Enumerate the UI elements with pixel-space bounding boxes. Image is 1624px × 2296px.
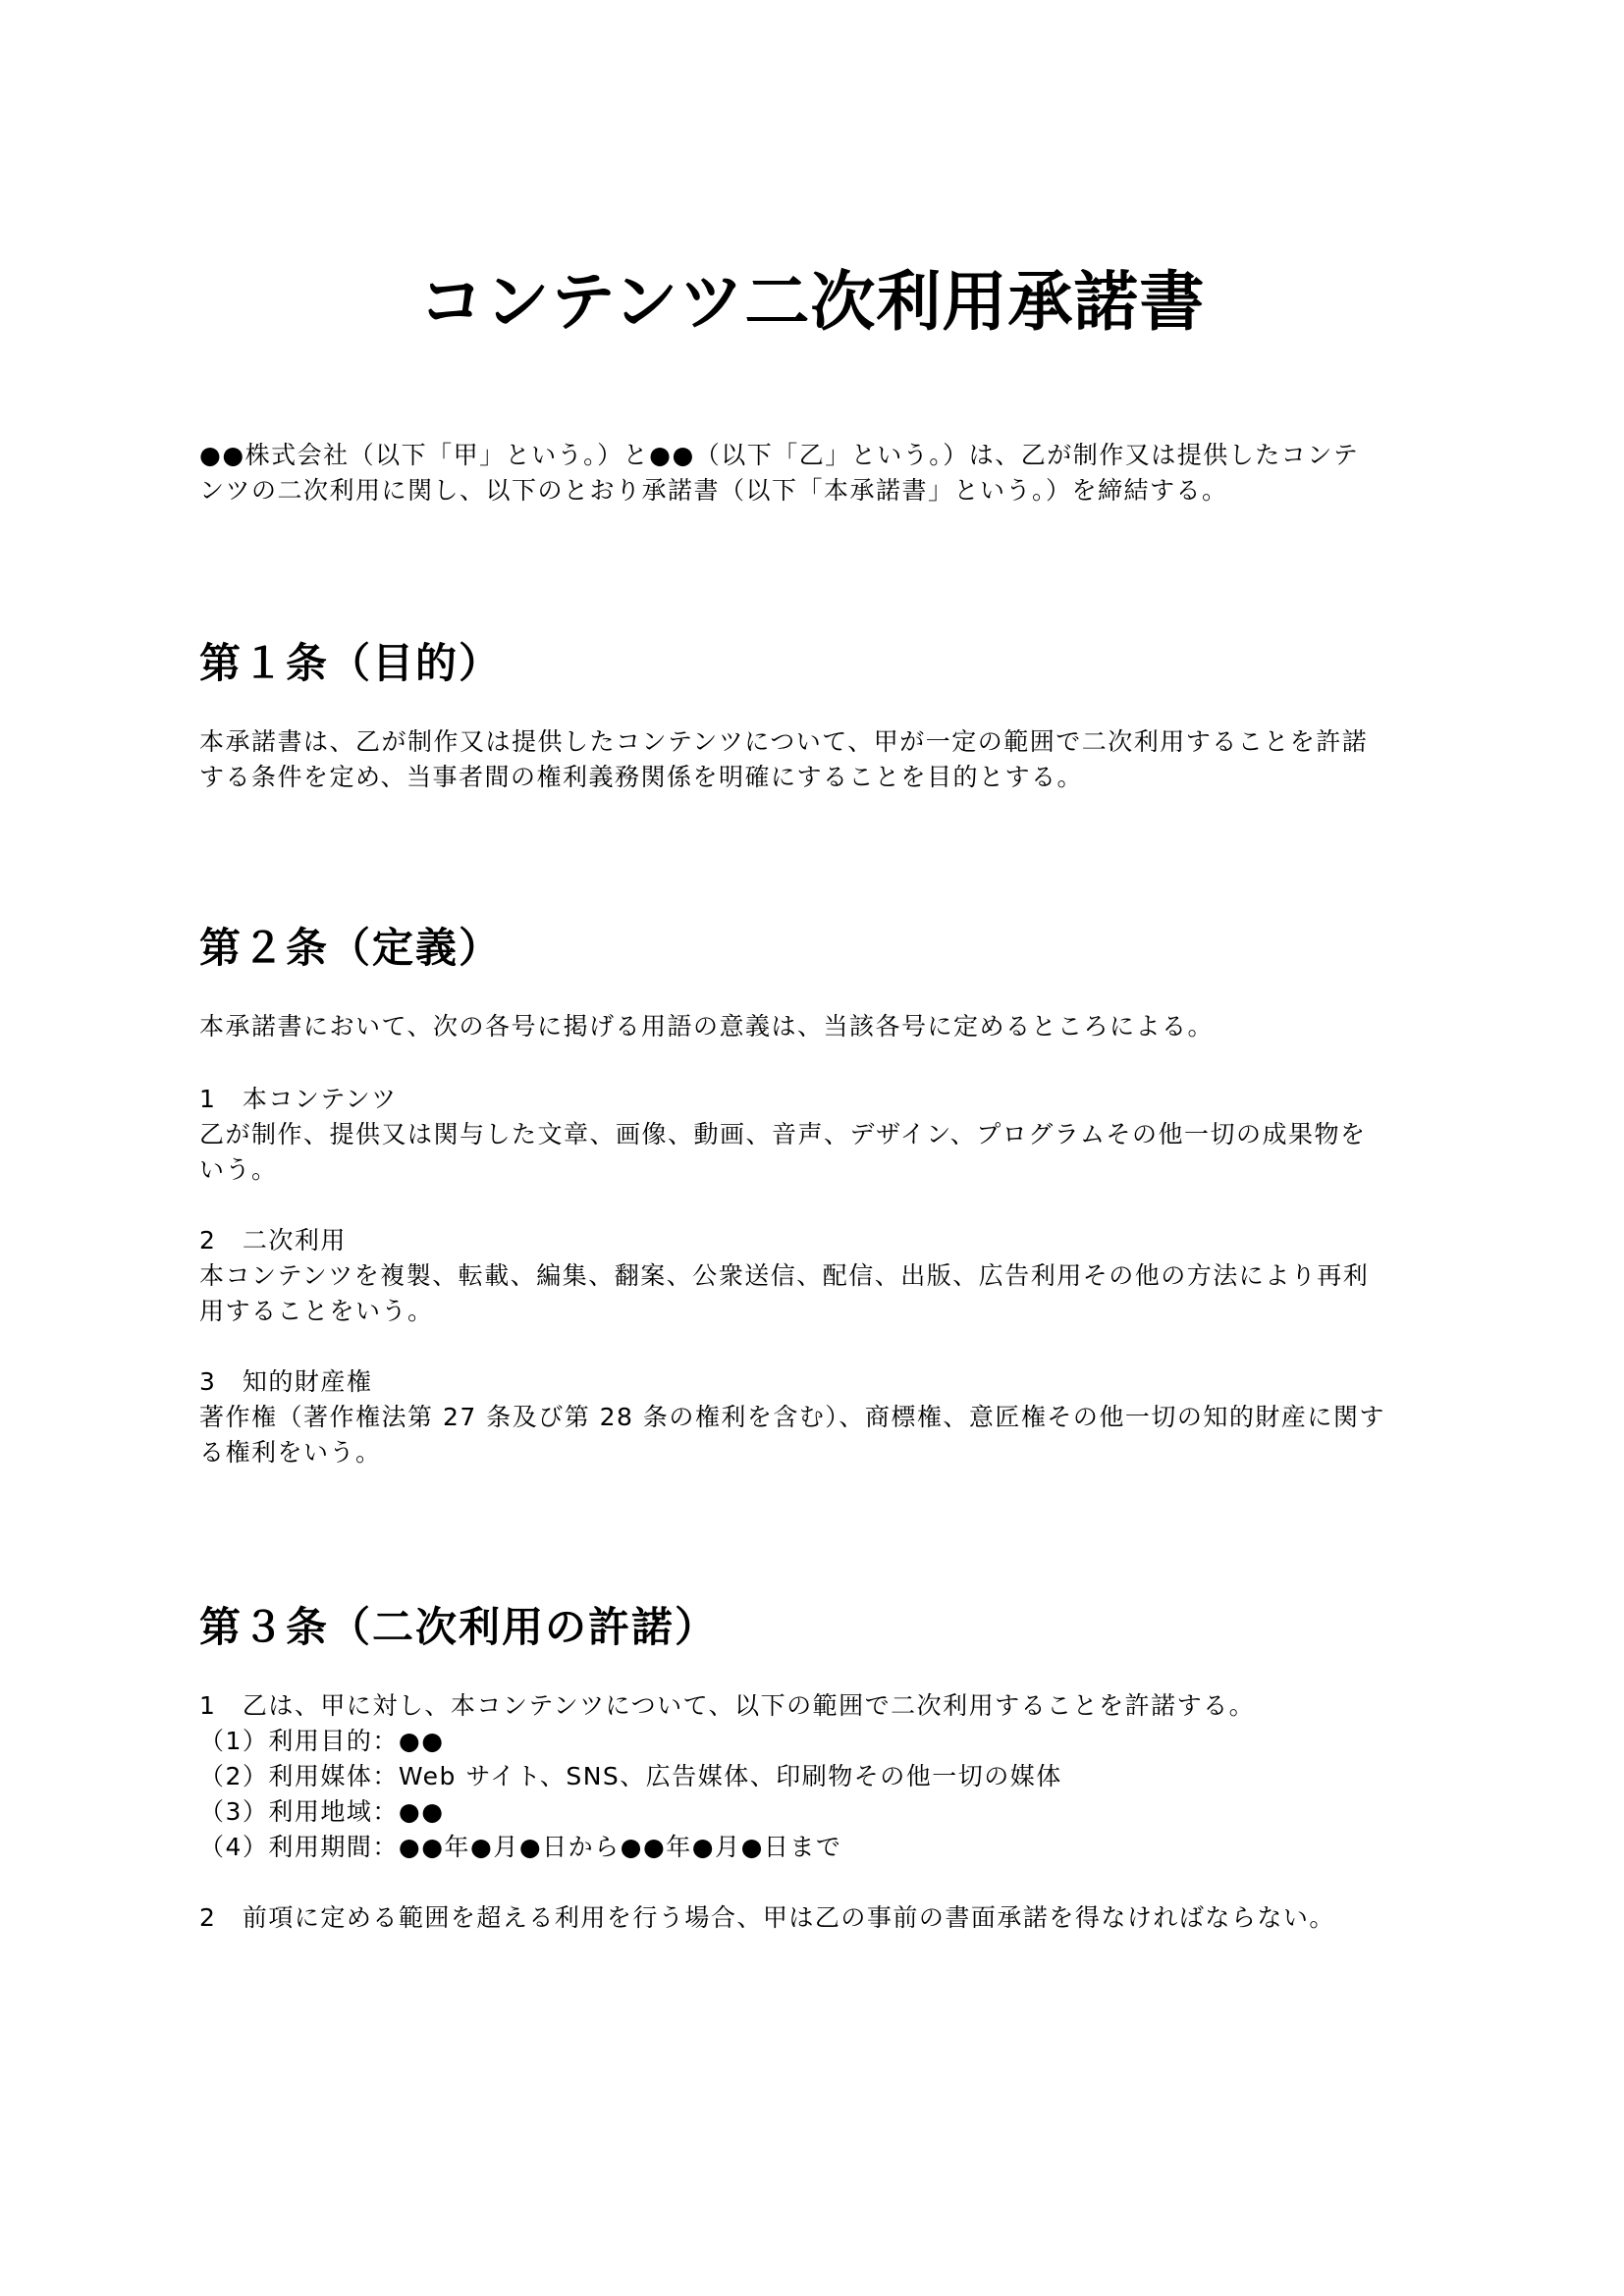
definition-item-1: 1 本コンテンツ 乙が制作、提供又は関与した文章、画像、動画、音声、デザイン、プ… bbox=[199, 1082, 1436, 1188]
definition-text: いう。 bbox=[199, 1152, 1436, 1188]
definition-text: 乙が制作、提供又は関与した文章、画像、動画、音声、デザイン、プログラムその他一切… bbox=[199, 1117, 1436, 1152]
clause-subitem: （2）利用媒体：Web サイト、SNS、広告媒体、印刷物その他一切の媒体 bbox=[199, 1759, 1436, 1794]
definition-term: 3 知的財産権 bbox=[199, 1364, 1436, 1400]
preamble-paragraph: ●●株式会社（以下「甲」という。）と●●（以下「乙」という。）は、乙が制作又は提… bbox=[199, 438, 1436, 508]
definition-text: 用することをいう。 bbox=[199, 1294, 1436, 1329]
definition-term: 2 二次利用 bbox=[199, 1223, 1436, 1258]
definition-item-2: 2 二次利用 本コンテンツを複製、転載、編集、翻案、公衆送信、配信、出版、広告利… bbox=[199, 1223, 1436, 1329]
definition-item-3: 3 知的財産権 著作権（著作権法第 27 条及び第 28 条の権利を含む）、商標… bbox=[199, 1364, 1436, 1470]
article-1-heading: 第１条（目的） bbox=[199, 636, 502, 691]
definition-text: 本コンテンツを複製、転載、編集、翻案、公衆送信、配信、出版、広告利用その他の方法… bbox=[199, 1258, 1436, 1294]
clause-text: 2 前項に定める範囲を超える利用を行う場合、甲は乙の事前の書面承諾を得なければな… bbox=[199, 1900, 1436, 1936]
article-1-paragraph: 本承諾書は、乙が制作又は提供したコンテンツについて、甲が一定の範囲で二次利用する… bbox=[199, 724, 1436, 795]
paragraph-line: 本承諾書は、乙が制作又は提供したコンテンツについて、甲が一定の範囲で二次利用する… bbox=[199, 724, 1436, 760]
clause-subitem: （1）利用目的：●● bbox=[199, 1724, 1436, 1759]
definition-term: 1 本コンテンツ bbox=[199, 1082, 1436, 1117]
clause-text: 1 乙は、甲に対し、本コンテンツについて、以下の範囲で二次利用することを許諾する… bbox=[199, 1688, 1436, 1724]
article-2-intro: 本承諾書において、次の各号に掲げる用語の意義は、当該各号に定めるところによる。 bbox=[199, 1009, 1436, 1044]
preamble-line: ンツの二次利用に関し、以下のとおり承諾書（以下「本承諾書」という。）を締結する。 bbox=[199, 473, 1436, 508]
article-3-clause-2: 2 前項に定める範囲を超える利用を行う場合、甲は乙の事前の書面承諾を得なければな… bbox=[199, 1900, 1436, 1936]
clause-subitem: （4）利用期間：●●年●月●日から●●年●月●日まで bbox=[199, 1830, 1436, 1865]
paragraph-line: する条件を定め、当事者間の権利義務関係を明確にすることを目的とする。 bbox=[199, 760, 1436, 795]
document-title: コンテンツ二次利用承諾書 bbox=[0, 263, 1624, 342]
article-3-clause-1: 1 乙は、甲に対し、本コンテンツについて、以下の範囲で二次利用することを許諾する… bbox=[199, 1688, 1436, 1865]
article-2-heading: 第２条（定義） bbox=[199, 921, 502, 976]
document-page: コンテンツ二次利用承諾書 ●●株式会社（以下「甲」という。）と●●（以下「乙」と… bbox=[0, 0, 1624, 2296]
clause-subitem: （3）利用地域：●● bbox=[199, 1794, 1436, 1830]
definition-text: 著作権（著作権法第 27 条及び第 28 条の権利を含む）、商標権、意匠権その他… bbox=[199, 1400, 1436, 1435]
definition-text: る権利をいう。 bbox=[199, 1435, 1436, 1470]
article-3-heading: 第３条（二次利用の許諾） bbox=[199, 1600, 718, 1655]
paragraph-line: 本承諾書において、次の各号に掲げる用語の意義は、当該各号に定めるところによる。 bbox=[199, 1009, 1436, 1044]
preamble-line: ●●株式会社（以下「甲」という。）と●●（以下「乙」という。）は、乙が制作又は提… bbox=[199, 438, 1436, 473]
